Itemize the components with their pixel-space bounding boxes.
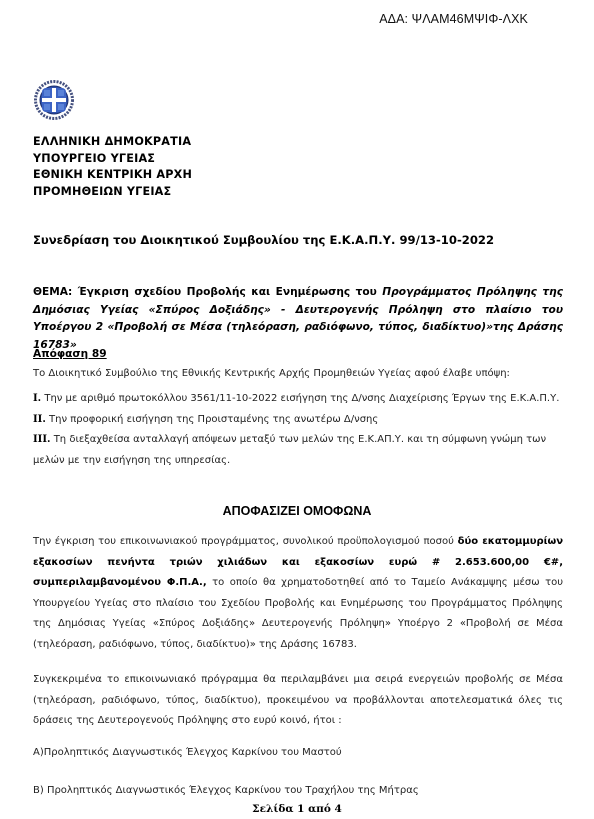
considerations-list: I. Την με αριθμό πρωτοκόλλου 3561/11-10-…	[33, 389, 563, 471]
greek-coat-of-arms-icon	[34, 80, 74, 120]
consideration-item: II. Την προφορική εισήγηση της Προισταμέ…	[33, 410, 563, 431]
item-text: Την με αριθμό πρωτοκόλλου 3561/11-10-202…	[41, 393, 559, 404]
org-line: ΠΡΟΜΗΘΕΙΩΝ ΥΓΕΙΑΣ	[33, 184, 192, 201]
item-number: II.	[33, 414, 46, 425]
subject-label: ΘΕΜΑ:	[33, 286, 72, 298]
action-item: Α)Προληπτικός Διαγνωστικός Έλεγχος Καρκί…	[33, 747, 342, 758]
approval-text: Την έγκριση του επικοινωνιακού προγράμμα…	[33, 536, 458, 547]
decision-intro: Το Διοικητικό Συμβούλιο της Εθνικής Κεντ…	[33, 368, 563, 379]
consideration-item: III. Τη διεξαχθείσα ανταλλαγή απόψεων με…	[33, 430, 563, 471]
decides-heading: ΑΠΟΦΑΣΙΖΕΙ ΟΜΟΦΩΝΑ	[0, 504, 594, 518]
page-number: Σελίδα 1 από 4	[0, 803, 594, 815]
item-number: I.	[33, 393, 41, 404]
subject: ΘΕΜΑ: Έγκριση σχεδίου Προβολής και Ενημέ…	[33, 284, 563, 354]
ada-code: ΑΔΑ: ΨΛΑΜ46ΜΨΙΦ-ΛΧΚ	[379, 12, 528, 26]
item-text: Την προφορική εισήγηση της Προισταμένης …	[46, 414, 378, 425]
session-title: Συνεδρίαση του Διοικητικού Συμβουλίου τη…	[33, 233, 494, 247]
subject-text: Έγκριση σχεδίου Προβολής και Ενημέρωσης …	[72, 286, 382, 298]
action-item: Β) Προληπτικός Διαγνωστικός Έλεγχος Καρκ…	[33, 785, 419, 796]
item-number: III.	[33, 434, 51, 445]
program-description: Συγκεκριμένα το επικοινωνιακό πρόγραμμα …	[33, 670, 563, 732]
organization-header: ΕΛΛΗΝΙΚΗ ΔΗΜΟΚΡΑΤΙΑ ΥΠΟΥΡΓΕΙΟ ΥΓΕΙΑΣ ΕΘΝ…	[33, 134, 192, 200]
item-text: Τη διεξαχθείσα ανταλλαγή απόψεων μεταξύ …	[33, 434, 546, 466]
approval-paragraph: Την έγκριση του επικοινωνιακού προγράμμα…	[33, 532, 563, 655]
org-line: ΕΛΛΗΝΙΚΗ ΔΗΜΟΚΡΑΤΙΑ	[33, 134, 192, 151]
org-line: ΥΠΟΥΡΓΕΙΟ ΥΓΕΙΑΣ	[33, 151, 192, 168]
consideration-item: I. Την με αριθμό πρωτοκόλλου 3561/11-10-…	[33, 389, 563, 410]
org-line: ΕΘΝΙΚΗ ΚΕΝΤΡΙΚΗ ΑΡΧΗ	[33, 167, 192, 184]
decision-number: Απόφαση 89	[33, 348, 107, 360]
